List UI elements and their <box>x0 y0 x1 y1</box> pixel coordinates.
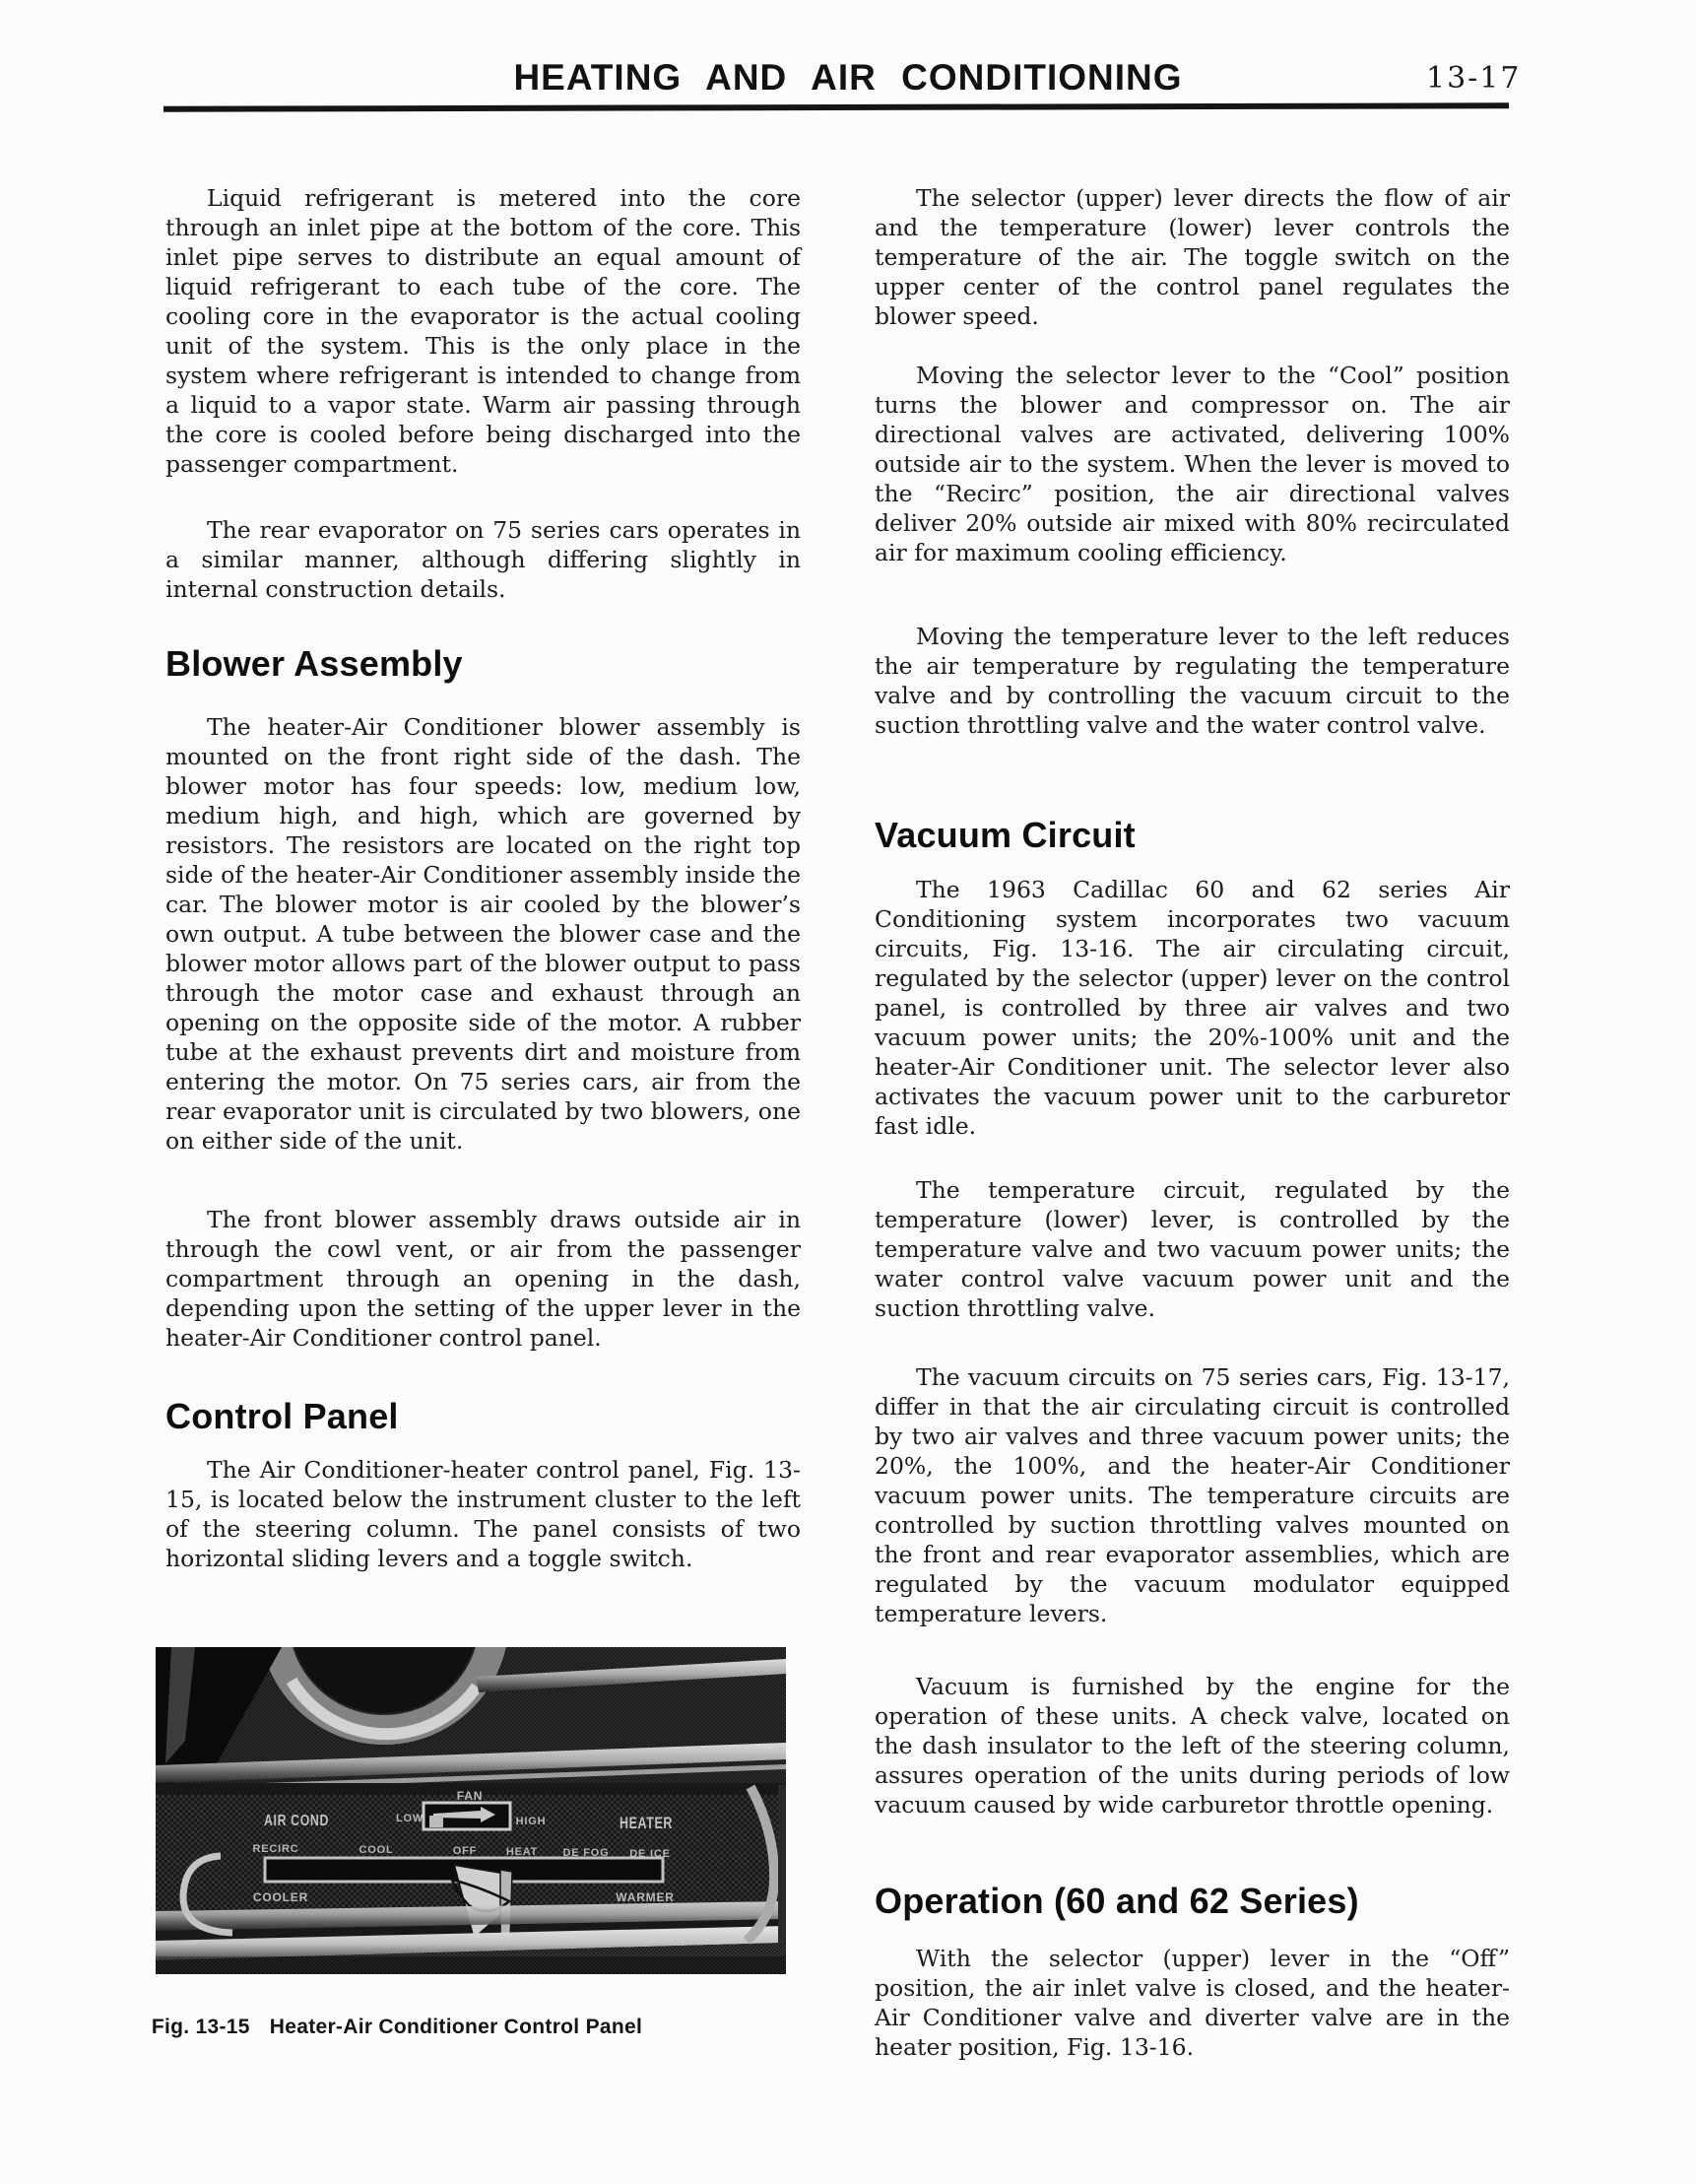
paragraph-text: The temperature circuit, regulated by th… <box>875 1175 1510 1323</box>
paragraph-vacuum-60-62: The 1963 Cadillac 60 and 62 series Air C… <box>875 875 1510 1141</box>
figure-caption-title: Heater-Air Conditioner Control Panel <box>270 2016 642 2039</box>
paragraph-text: The Air Conditioner-heater control panel… <box>165 1455 801 1573</box>
heading-vacuum-circuit: Vacuum Circuit <box>875 814 1510 857</box>
figure-caption-number: Fig. 13-15 <box>152 2016 250 2039</box>
paragraph-front-blower: The front blower assembly draws outside … <box>165 1205 801 1353</box>
paragraph-rear-evaporator: The rear evaporator on 75 series cars op… <box>165 515 801 604</box>
figure-caption: Fig. 13-15 Heater-Air Conditioner Contro… <box>156 2016 638 2039</box>
heading-blower-assembly: Blower Assembly <box>165 642 801 686</box>
figure-control-panel-photo: AIR COND FAN LOW HIGH HEATER RECIRC COOL… <box>156 1647 786 1974</box>
paragraph-temperature-lever: Moving the temperature lever to the left… <box>875 622 1510 740</box>
paragraph-text: With the selector (upper) lever in the “… <box>875 1944 1510 2062</box>
paragraph-text: The rear evaporator on 75 series cars op… <box>165 515 801 604</box>
paragraph-selector-lever: The selector (upper) lever directs the f… <box>875 183 1510 331</box>
paragraph-text: The heater-Air Conditioner blower assemb… <box>165 712 801 1156</box>
heading-control-panel: Control Panel <box>165 1395 801 1438</box>
paragraph-text: Moving the temperature lever to the left… <box>875 622 1510 740</box>
paragraph-text: Liquid refrigerant is metered into the c… <box>165 183 801 479</box>
paragraph-vacuum-furnished: Vacuum is furnished by the engine for th… <box>875 1672 1510 1820</box>
paragraph-blower-assembly: The heater-Air Conditioner blower assemb… <box>165 712 801 1156</box>
paragraph-text: The front blower assembly draws outside … <box>165 1205 801 1353</box>
paragraph-text: The selector (upper) lever directs the f… <box>875 183 1510 331</box>
header-rule <box>163 102 1509 112</box>
page-number: 13-17 <box>1426 61 1521 96</box>
paragraph-temperature-circuit: The temperature circuit, regulated by th… <box>875 1175 1510 1323</box>
paragraph-text: Moving the selector lever to the “Cool” … <box>875 361 1510 567</box>
paragraph-cool-position: Moving the selector lever to the “Cool” … <box>875 361 1510 567</box>
paragraph-operation-off: With the selector (upper) lever in the “… <box>875 1944 1510 2062</box>
heading-operation-60-62: Operation (60 and 62 Series) <box>875 1880 1510 1923</box>
paragraph-liquid-refrigerant: Liquid refrigerant is metered into the c… <box>165 183 801 479</box>
manual-page: HEATING AND AIR CONDITIONING 13-17 Liqui… <box>0 0 1696 2184</box>
paragraph-vacuum-75: The vacuum circuits on 75 series cars, F… <box>875 1362 1510 1628</box>
paragraph-text: The 1963 Cadillac 60 and 62 series Air C… <box>875 875 1510 1141</box>
control-panel-photo: AIR COND FAN LOW HIGH HEATER RECIRC COOL… <box>156 1647 786 1974</box>
paragraph-control-panel: The Air Conditioner-heater control panel… <box>165 1455 801 1573</box>
paragraph-text: The vacuum circuits on 75 series cars, F… <box>875 1362 1510 1628</box>
paragraph-text: Vacuum is furnished by the engine for th… <box>875 1672 1510 1820</box>
